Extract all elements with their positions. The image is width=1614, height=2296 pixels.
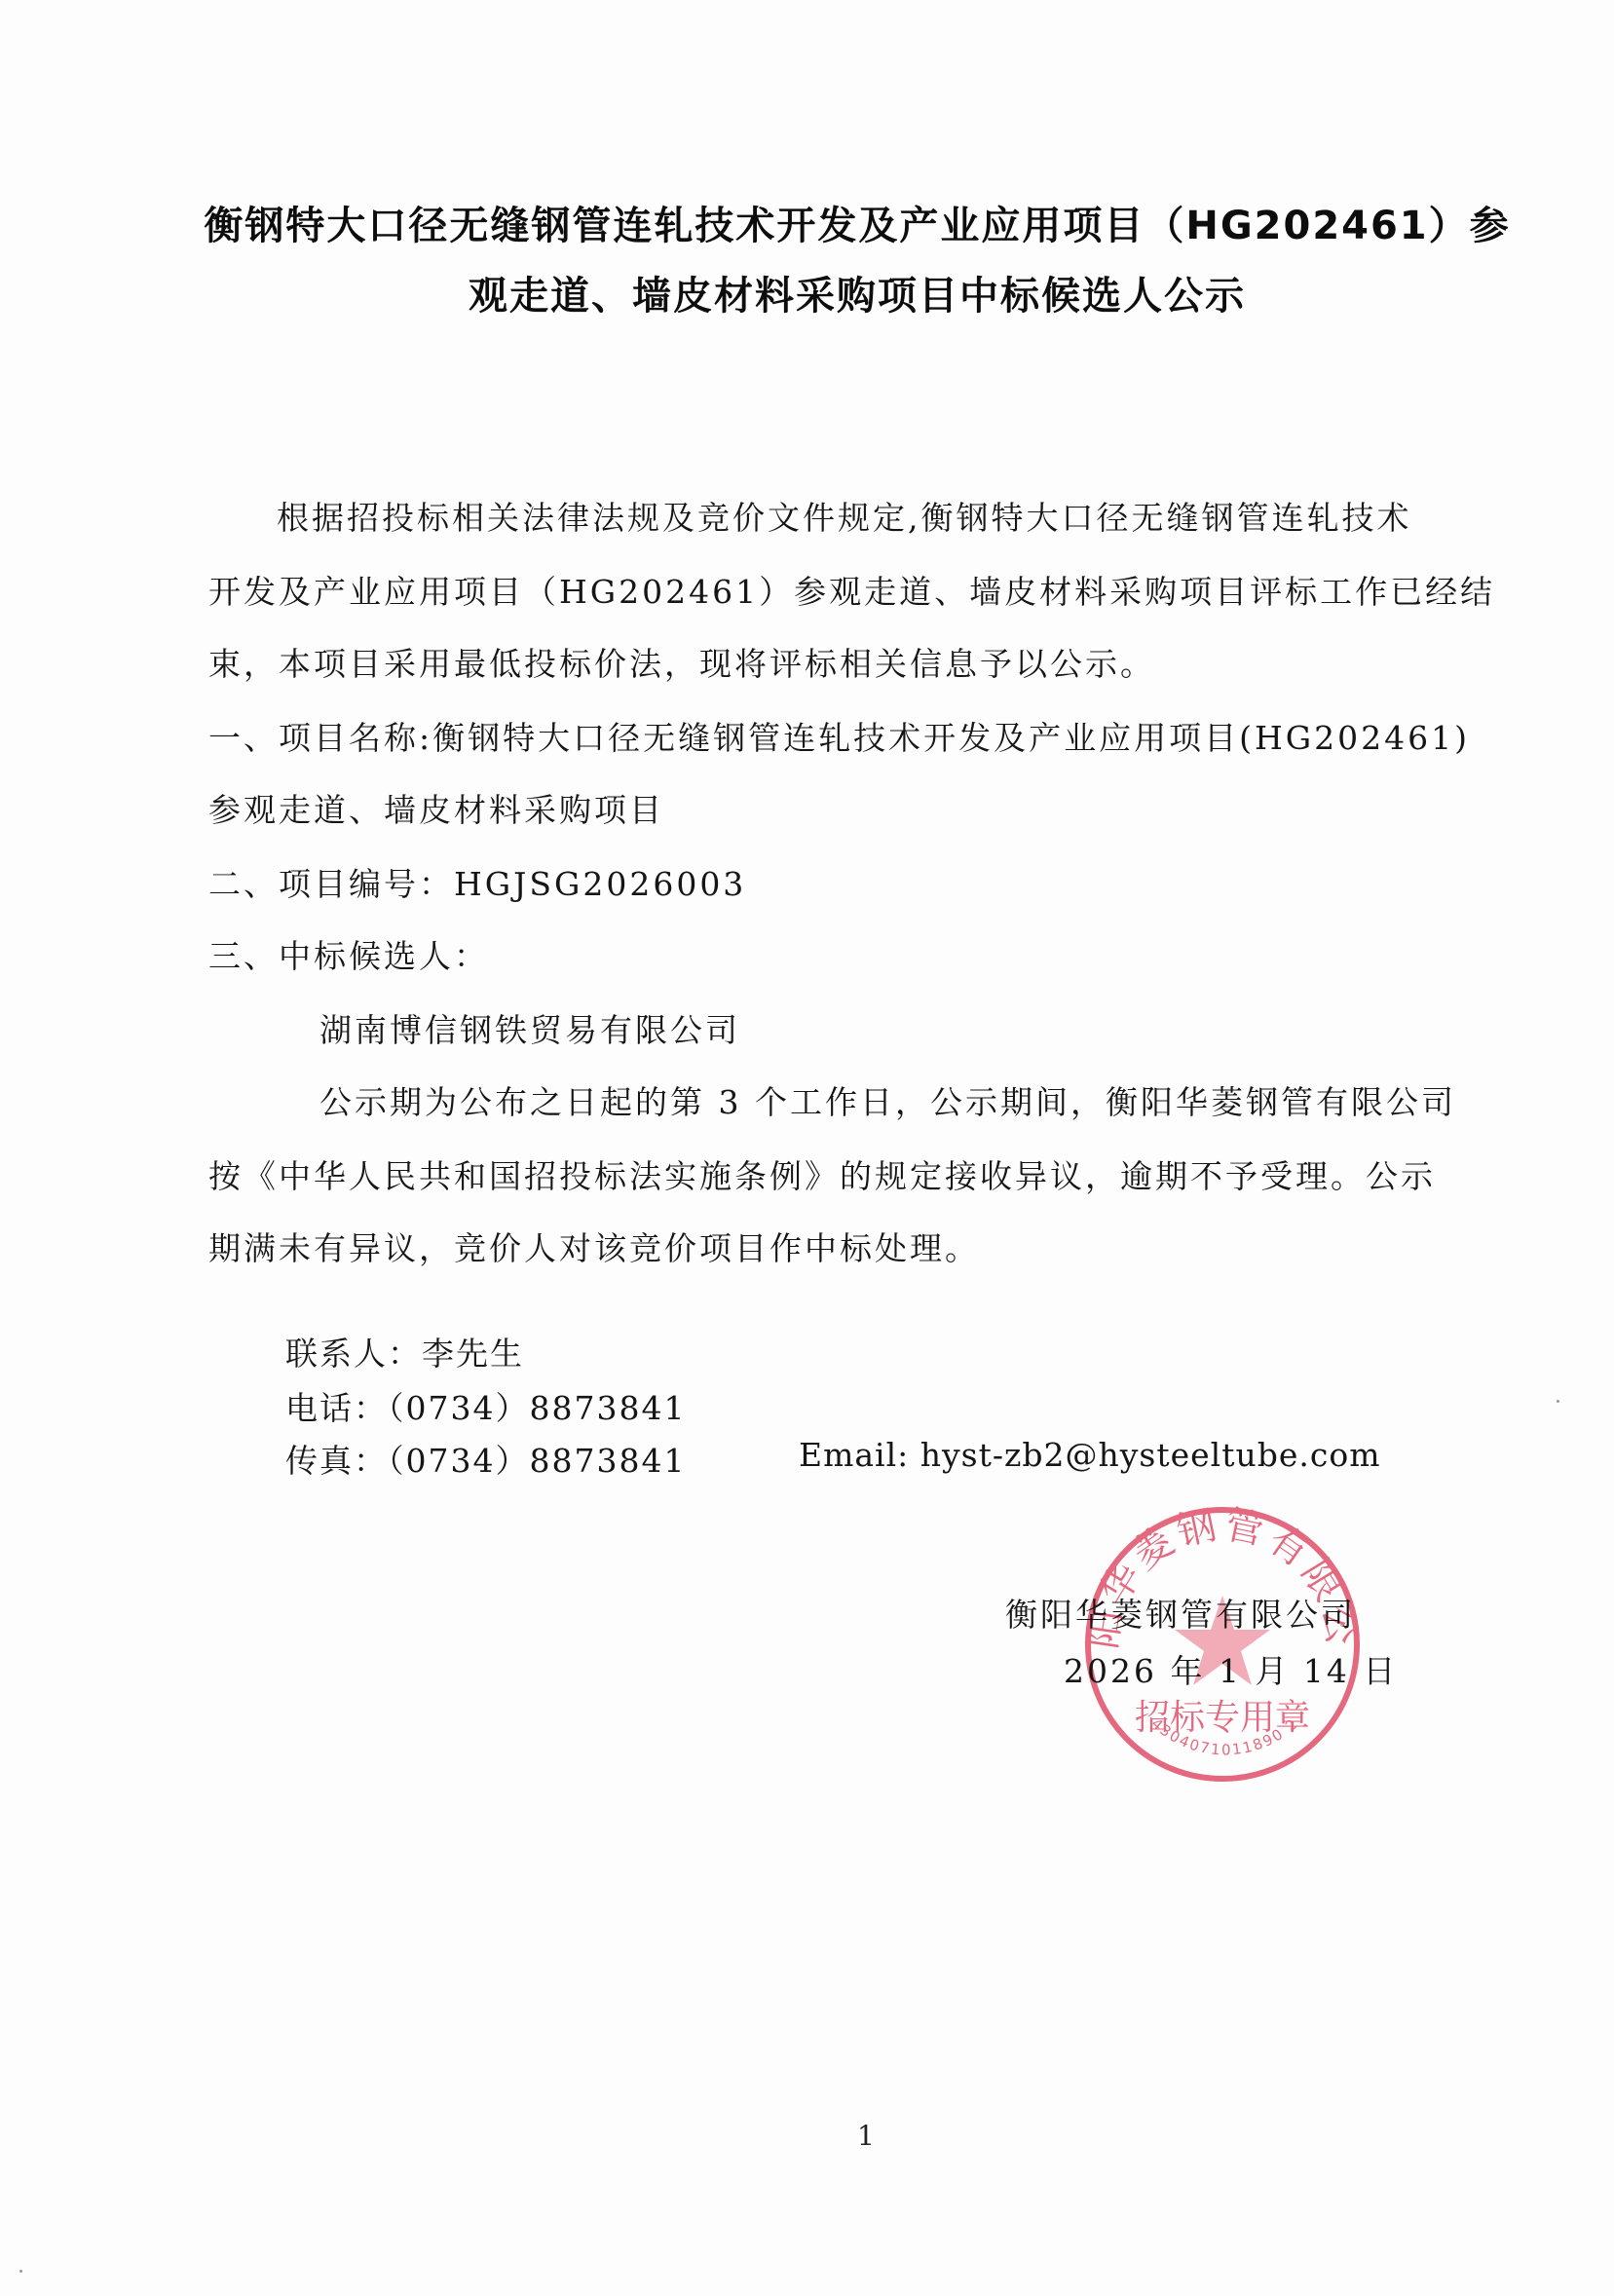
- project-name-line-2: 参观走道、墙皮材料采购项目: [208, 785, 1514, 831]
- intro-line-1: 根据招投标相关法律法规及竞价文件规定,衡钢特大口径无缝钢管连轧技术: [277, 493, 1582, 539]
- project-number: 二、项目编号：HGJSG2026003: [208, 859, 1514, 905]
- page-title: 衡钢特大口径无缝钢管连轧技术开发及产业应用项目（HG202461）参 观走道、墙…: [195, 191, 1520, 331]
- contact-phone: 电话：（0734）8873841: [285, 1383, 686, 1429]
- intro-line-3: 束，本项目采用最低投标价法，现将评标相关信息予以公示。: [208, 639, 1514, 685]
- notice-line-1: 公示期为公布之日起的第 3 个工作日，公示期间，衡阳华菱钢管有限公司: [319, 1077, 1614, 1123]
- contact-fax: 传真：（0734）8873841: [285, 1436, 686, 1482]
- notice-line-3: 期满未有异议，竞价人对该竞价项目作中标处理。: [208, 1223, 1514, 1269]
- candidate-heading: 三、中标候选人：: [208, 931, 1514, 977]
- title-line-2: 观走道、墙皮材料采购项目中标候选人公示: [195, 261, 1520, 331]
- page-number: 1: [857, 2120, 875, 2152]
- notice-line-2: 按《中华人民共和国招投标法实施条例》的规定接收异议，逾期不予受理。公示: [208, 1151, 1514, 1197]
- winning-candidate: 湖南博信钢铁贸易有限公司: [319, 1005, 1614, 1051]
- scan-speck: [1557, 1400, 1559, 1403]
- project-name-line-1: 一、项目名称:衡钢特大口径无缝钢管连轧技术开发及产业应用项目(HG202461): [208, 713, 1514, 759]
- document-page: 衡钢特大口径无缝钢管连轧技术开发及产业应用项目（HG202461）参 观走道、墙…: [0, 0, 1614, 2296]
- signature-company: 衡阳华菱钢管有限公司: [1005, 1590, 1356, 1636]
- scan-speck: [19, 2270, 22, 2273]
- signature-date: 2026 年 1 月 14 日: [1064, 1646, 1398, 1692]
- company-seal-icon: 衡阳华菱钢管有限公司 招标专用章 4304071011890 2: [1081, 1503, 1364, 1786]
- contact-email[interactable]: Email: hyst-zb2@hysteeltube.com: [799, 1436, 1381, 1474]
- contact-person: 联系人：李先生: [285, 1329, 524, 1374]
- intro-line-2: 开发及产业应用项目（HG202461）参观走道、墙皮材料采购项目评标工作已经结: [208, 567, 1514, 613]
- title-line-1: 衡钢特大口径无缝钢管连轧技术开发及产业应用项目（HG202461）参: [195, 191, 1520, 261]
